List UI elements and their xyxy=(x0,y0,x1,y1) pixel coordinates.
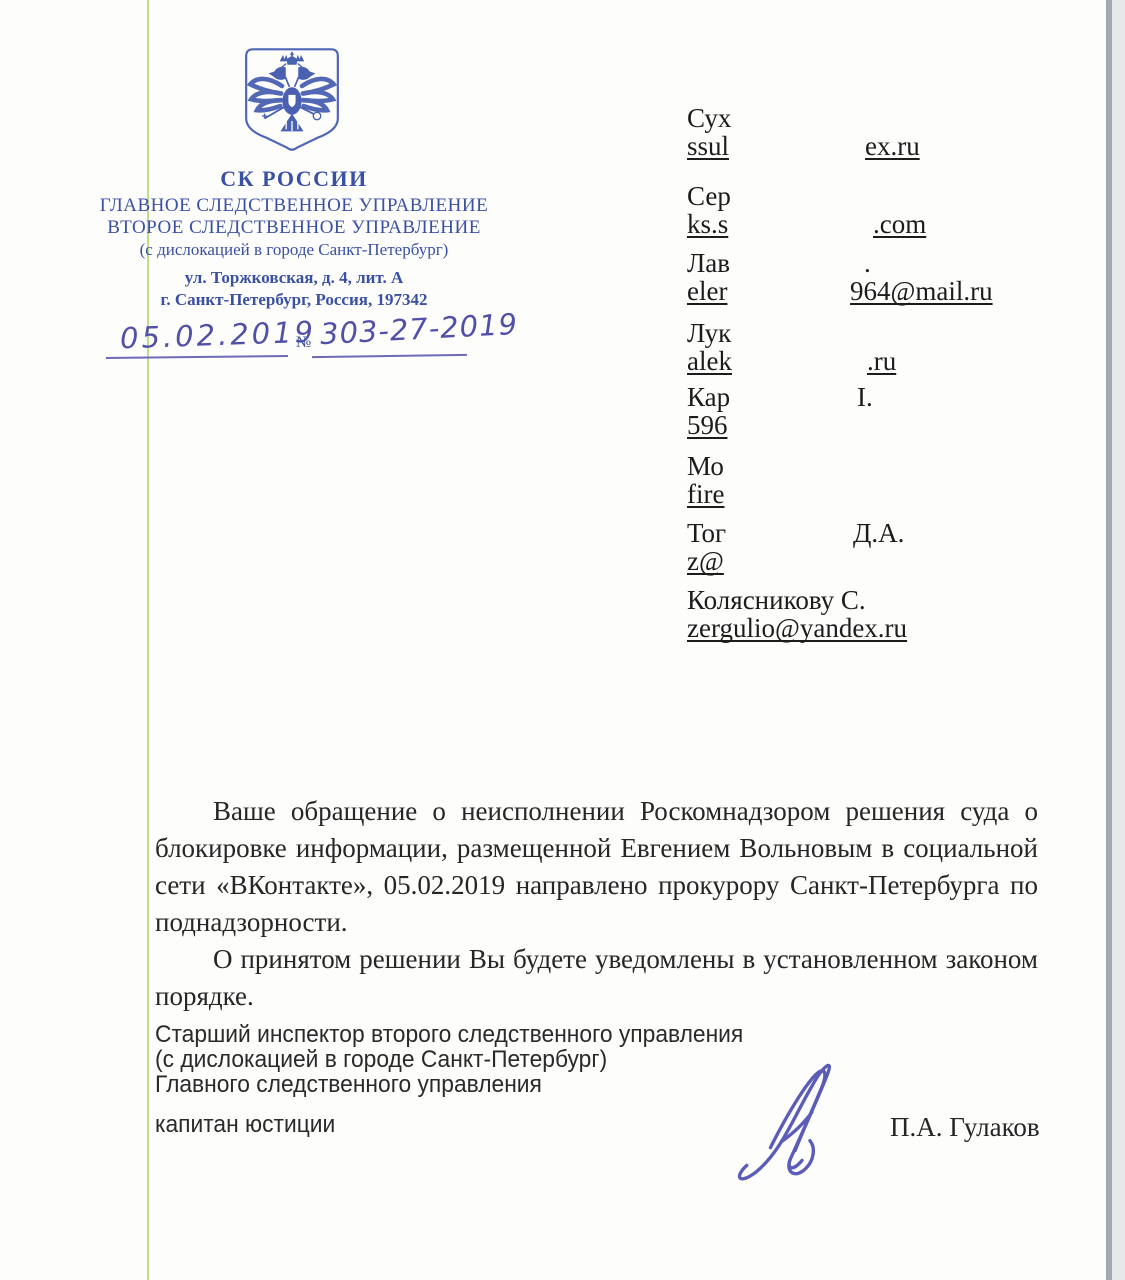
date-underline xyxy=(106,355,288,359)
recipient-entry: Сух ssul ex.ru xyxy=(687,104,1047,162)
recipient-name-fragment: Сер xyxy=(687,182,731,210)
recipient-name-fragment: Д.А. xyxy=(853,519,904,547)
recipient-entry: Колясникову С. zergulio@yandex.ru xyxy=(687,586,1047,644)
number-sign: № xyxy=(296,334,311,352)
recipient-entry: Лав . eler 964@mail.ru xyxy=(687,249,1047,307)
signer-position-line3: Главного следственного управления xyxy=(155,1072,542,1097)
recipient-name-fragment: Сух xyxy=(687,104,731,132)
body-paragraph: О принятом решении Вы будете уведомлены … xyxy=(155,941,1038,1015)
org-abbreviation: СК РОССИИ xyxy=(0,166,588,192)
recipient-email-fragment: ex.ru xyxy=(865,132,920,160)
number-underline xyxy=(312,354,467,358)
org-name-line1: ГЛАВНОЕ СЛЕДСТВЕННОЕ УПРАВЛЕНИЕ xyxy=(0,195,588,217)
recipient-email-fragment: alek xyxy=(687,347,732,375)
recipient-email-fragment: fire xyxy=(687,480,724,508)
recipient-name-fragment: Кар xyxy=(687,383,730,411)
recipient-email-fragment: .ru xyxy=(867,347,896,375)
recipient-entry: Тог Д.А. z@ xyxy=(687,519,1047,577)
org-address-line1: ул. Торжковская, д. 4, лит. А xyxy=(0,268,588,288)
recipient-name-fragment: Колясникову С. xyxy=(687,586,866,614)
handwritten-date: 05.02.2019 xyxy=(119,315,316,356)
recipient-name-fragment: Лав xyxy=(687,249,730,277)
handwritten-signature-icon xyxy=(728,1045,878,1193)
recipient-entry: Лук alek .ru xyxy=(687,319,1047,377)
signer-position-line2: (с дислокацией в городе Санкт-Петербург) xyxy=(155,1047,607,1072)
scan-right-edge-shadow xyxy=(1112,0,1125,1280)
recipient-name-fragment: . xyxy=(864,249,871,277)
org-name-line2: ВТОРОЕ СЛЕДСТВЕННОЕ УПРАВЛЕНИЕ xyxy=(0,217,588,239)
recipient-email-fragment: ks.s xyxy=(687,210,728,238)
recipient-email-fragment: z@ xyxy=(687,547,724,575)
signer-position-line1: Старший инспектор второго следственного … xyxy=(155,1022,743,1047)
handwritten-outgoing-number: 303-27-2019 xyxy=(319,307,519,351)
recipient-email-fragment: ssul xyxy=(687,132,729,160)
recipient-email-fragment: .com xyxy=(873,210,926,238)
recipient-email-fragment: zergulio@yandex.ru xyxy=(687,614,907,642)
recipient-email-fragment: eler xyxy=(687,277,727,305)
scan-fold-line xyxy=(147,0,149,1280)
org-name-line3: (с дислокацией в городе Санкт-Петербург) xyxy=(0,240,588,260)
scanned-letter-page: СК РОССИИ ГЛАВНОЕ СЛЕДСТВЕННОЕ УПРАВЛЕНИ… xyxy=(0,0,1125,1280)
signer-rank: капитан юстиции xyxy=(155,1112,335,1137)
recipient-name-fragment: Лук xyxy=(687,319,731,347)
recipient-name-fragment: Мо xyxy=(687,452,724,480)
coat-of-arms-icon xyxy=(242,45,342,157)
letter-body: Ваше обращение о неисполнении Роскомнадз… xyxy=(155,793,1038,1015)
signer-name: П.А. Гулаков xyxy=(890,1112,1040,1143)
recipient-entry: Кар І. 596 xyxy=(687,383,1047,441)
recipient-name-fragment: Тог xyxy=(687,519,726,547)
recipient-entry: Мо fire xyxy=(687,452,1047,510)
recipient-email-fragment: 964@mail.ru xyxy=(850,277,993,305)
recipient-entry: Сер ks.s .com xyxy=(687,182,1047,240)
body-paragraph: Ваше обращение о неисполнении Роскомнадз… xyxy=(155,793,1038,941)
recipient-name-fragment: І. xyxy=(857,383,873,411)
recipient-email-fragment: 596 xyxy=(687,411,728,439)
